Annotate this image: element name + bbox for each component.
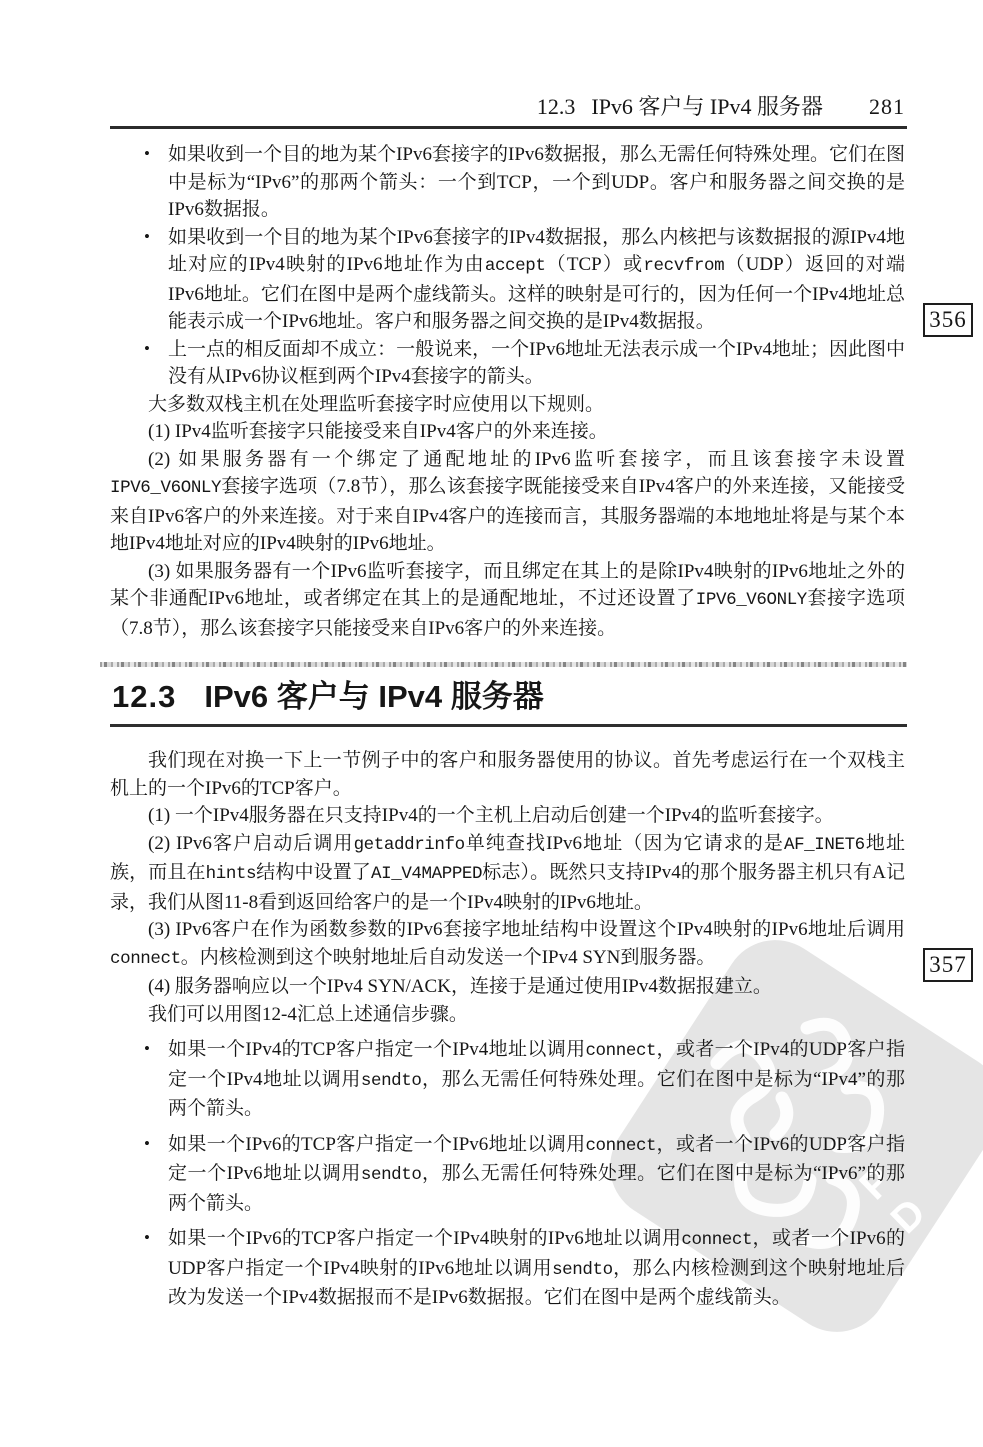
running-head: 12.3IPv6 客户与 IPv4 服务器281: [110, 90, 905, 121]
text-run: (3) IPv6客户在作为函数参数的IPv6套接字地址结构中设置这个IPv4映射…: [148, 919, 905, 940]
bullet-item: •如果收到一个目的地为某个IPv6套接字的IPv6数据报，那么无需任何特殊处理。…: [110, 141, 905, 224]
bullet-item: •如果一个IPv4的TCP客户指定一个IPv4地址以调用connect，或者一个…: [110, 1036, 905, 1123]
text-run: (1) 一个IPv4服务器在只支持IPv4的一个主机上启动后创建一个IPv4的监…: [148, 805, 834, 826]
inline-code: sendto: [552, 1260, 613, 1280]
inline-code: sendto: [361, 1165, 422, 1185]
paragraph: (1) IPv4监听套接字只能接受来自IPv4客户的外来连接。: [110, 418, 905, 446]
section-12-2-tail-text: •如果收到一个目的地为某个IPv6套接字的IPv6数据报，那么无需任何特殊处理。…: [110, 141, 905, 642]
inline-code: connect: [110, 949, 181, 969]
bullet-icon: •: [144, 335, 150, 363]
bullet-icon: •: [144, 1224, 150, 1252]
inline-code: AI_V4MAPPED: [371, 864, 482, 884]
text-run: 如果收到一个目的地为某个IPv6套接字的IPv6数据报，那么无需任何特殊处理。它…: [168, 144, 905, 220]
section-12-3-text: 我们现在对换一下上一节例子中的客户和服务器使用的协议。首先考虑运行在一个双栈主机…: [110, 747, 905, 1312]
bullet-item: •如果一个IPv6的TCP客户指定一个IPv6地址以调用connect，或者一个…: [110, 1131, 905, 1218]
inline-code: sendto: [361, 1071, 422, 1091]
paragraph: (3) IPv6客户在作为函数参数的IPv6套接字地址结构中设置这个IPv4映射…: [110, 916, 905, 973]
paragraph: (2) IPv6客户启动后调用getaddrinfo单纯查找IPv6地址（因为它…: [110, 830, 905, 917]
text-run: (2) 如果服务器有一个绑定了通配地址的IPv6监听套接字，而且该套接字未设置: [148, 449, 905, 470]
paragraph: (4) 服务器响应以一个IPv4 SYN/ACK，连接于是通过使用IPv4数据报…: [110, 973, 905, 1001]
text-run: (2) IPv6客户启动后调用: [148, 833, 354, 854]
text-run: 。内核检测到这个映射地址后自动发送一个IPv4 SYN到服务器。: [181, 947, 716, 968]
running-head-section-number: 12.3: [537, 94, 576, 119]
text-run: 我们现在对换一下上一节例子中的客户和服务器使用的协议。首先考虑运行在一个双栈主机…: [110, 750, 905, 799]
book-page: PDG 12.3IPv6 客户与 IPv4 服务器281 356 357 •如果…: [0, 0, 983, 1447]
text-run: 单纯查找IPv6地址（因为它请求的是: [465, 833, 784, 854]
paragraph: (1) 一个IPv4服务器在只支持IPv4的一个主机上启动后创建一个IPv4的监…: [110, 802, 905, 830]
text-run: 如果一个IPv6的TCP客户指定一个IPv4映射的IPv6地址以调用: [168, 1228, 681, 1249]
inline-code: recvfrom: [643, 256, 724, 276]
page-number: 281: [869, 94, 905, 119]
text-run: 套接字选项（7.8节），那么该套接字既能接受来自IPv4客户的外来连接，又能接受…: [110, 476, 905, 554]
inline-code: accept: [485, 256, 546, 276]
paragraph: 我们可以用图12-4汇总上述通信步骤。: [110, 1001, 905, 1029]
section-heading-rule: [110, 724, 907, 727]
page-content: •如果收到一个目的地为某个IPv6套接字的IPv6数据报，那么无需任何特殊处理。…: [110, 141, 905, 1312]
text-run: (1) IPv4监听套接字只能接受来自IPv4客户的外来连接。: [148, 421, 608, 442]
section-heading-hatch-band: [100, 662, 907, 667]
text-run: （TCP）或: [545, 254, 643, 275]
bullet-icon: •: [144, 1130, 150, 1158]
text-run: 如果一个IPv6的TCP客户指定一个IPv6地址以调用: [168, 1134, 585, 1155]
margin-page-note-357: 357: [923, 948, 973, 982]
running-head-section-title: IPv6 客户与 IPv4 服务器: [591, 94, 823, 119]
bullet-item: •如果收到一个目的地为某个IPv6套接字的IPv4数据报，那么内核把与该数据报的…: [110, 224, 905, 336]
inline-code: getaddrinfo: [354, 835, 465, 855]
running-head-rule: [110, 126, 907, 129]
section-heading-text: IPv6 客户与 IPv4 服务器: [204, 679, 543, 714]
inline-code: connect: [681, 1230, 752, 1250]
bullet-icon: •: [144, 1035, 150, 1063]
margin-page-note-356: 356: [923, 303, 973, 337]
section-heading-title: 12.3IPv6 客户与 IPv4 服务器: [110, 667, 905, 724]
paragraph: (3) 如果服务器有一个IPv6监听套接字，而且绑定在其上的是除IPv4映射的I…: [110, 558, 905, 643]
section-heading-block: 12.3IPv6 客户与 IPv4 服务器: [110, 662, 905, 727]
inline-code: IPV6_V6ONLY: [696, 590, 807, 610]
text-run: 上一点的相反面却不成立：一般说来，一个IPv6地址无法表示成一个IPv4地址；因…: [168, 339, 905, 388]
inline-code: hints: [206, 864, 257, 884]
text-run: 结构中设置了: [256, 862, 371, 883]
paragraph: 大多数双栈主机在处理监听套接字时应使用以下规则。: [110, 391, 905, 419]
bullet-item: •如果一个IPv6的TCP客户指定一个IPv4映射的IPv6地址以调用conne…: [110, 1225, 905, 1312]
text-run: 大多数双栈主机在处理监听套接字时应使用以下规则。: [148, 394, 604, 415]
section-heading-number: 12.3: [112, 679, 176, 714]
paragraph: 我们现在对换一下上一节例子中的客户和服务器使用的协议。首先考虑运行在一个双栈主机…: [110, 747, 905, 802]
bullet-icon: •: [144, 223, 150, 251]
bullet-icon: •: [144, 140, 150, 168]
inline-code: IPV6_V6ONLY: [110, 478, 221, 498]
bullet-item: •上一点的相反面却不成立：一般说来，一个IPv6地址无法表示成一个IPv4地址；…: [110, 336, 905, 391]
inline-code: connect: [585, 1041, 656, 1061]
text-run: 如果一个IPv4的TCP客户指定一个IPv4地址以调用: [168, 1039, 585, 1060]
inline-code: connect: [585, 1136, 656, 1156]
text-run: 我们可以用图12-4汇总上述通信步骤。: [148, 1004, 468, 1025]
text-run: (4) 服务器响应以一个IPv4 SYN/ACK，连接于是通过使用IPv4数据报…: [148, 976, 772, 997]
inline-code: AF_INET6: [784, 835, 865, 855]
paragraph: (2) 如果服务器有一个绑定了通配地址的IPv6监听套接字，而且该套接字未设置I…: [110, 446, 905, 558]
